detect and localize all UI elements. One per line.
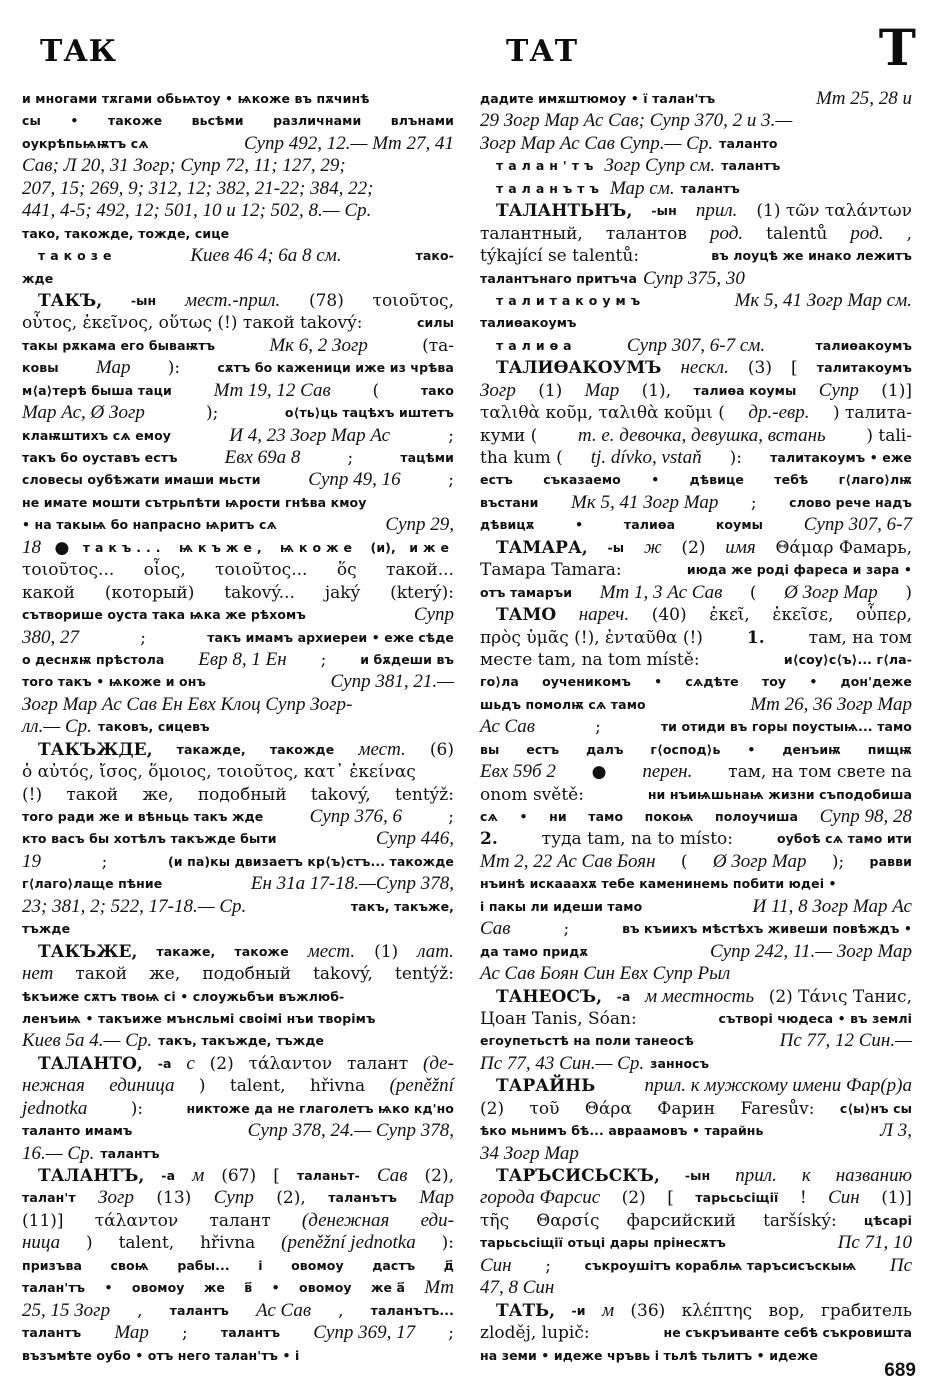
entry-headword: ТАЛАНТО, <box>38 1053 143 1075</box>
text-line: Киев 5а 4.— Ср.такъ, такъжде, тъжде <box>22 1030 454 1052</box>
italic-reference: 34 Зогр Мар <box>480 1143 579 1165</box>
ocs-citation: талантъ <box>100 1143 159 1165</box>
text-line: ТАКЪЖДЕ,такажде,такождемест.(6) <box>22 739 454 761</box>
ocs-citation: талиѳа коумы <box>693 380 796 402</box>
roman-gloss: Тамара Tamara: <box>480 559 622 581</box>
ocs-citation: съказаемо <box>543 469 621 491</box>
text-line: талиѳакоумъ <box>480 312 912 334</box>
italic-reference: Киев 46 4; 6а 8 см. <box>190 245 341 267</box>
italic-reference: мест. <box>358 739 405 761</box>
italic-reference: м <box>602 1300 614 1322</box>
ocs-citation: овомоу <box>291 1255 344 1277</box>
ocs-citation: талантъ <box>170 1300 229 1322</box>
ocs-citation: • <box>809 671 817 693</box>
text-line: о деснѫѭ прѣстолаЕвр 8, 1 Ен;и бѫдеши въ <box>22 649 454 671</box>
roman-gloss: ) <box>199 1075 206 1097</box>
italic-reference: Пс 77, 43 Син.— Ср. <box>480 1053 644 1075</box>
ocs-citation: талиѳа <box>624 514 675 536</box>
text-line: м⟨а⟩терѣ быша тациМт 19, 12 Сав(тако <box>22 380 454 402</box>
text-line: естъсъказаемо•дѣвицетебѣг⟨лаго⟩лѭ <box>480 469 912 491</box>
ocs-citation: слово рече надъ <box>789 492 912 514</box>
ocs-citation: в҃ <box>244 1277 252 1299</box>
text-line: ТАЛАНТО,-ас(2)τάλαντονталант(де- <box>22 1053 454 1075</box>
text-line: выестъдалъг⟨оспод⟩ь•денъиѭпищѭ <box>480 739 912 761</box>
italic-reference: Пс 71, 10 <box>838 1232 912 1254</box>
roman-gloss: ; <box>595 716 601 738</box>
ocs-citation: далъ <box>586 739 623 761</box>
text-line: (!)такойже,подобныйtakový,tentýž: <box>22 784 454 806</box>
text-line: таланто имамъСупр 378, 24.— Супр 378, <box>22 1120 454 1142</box>
ocs-citation: и⟨соу⟩с⟨ъ⟩... г⟨ла- <box>784 649 912 671</box>
text-line: възъмѣте оубо • отъ него талан'тъ • і <box>22 1345 454 1367</box>
roman-gloss: Θάμαρ Фамарь, <box>776 537 913 559</box>
italic-reference: нежная <box>22 1075 85 1097</box>
text-line: тарьсьсіщії отьці дары прінесѫтъПс 71, 1… <box>480 1232 912 1254</box>
text-line: Тамара Tamara:июда же роді фареса и зара… <box>480 559 912 581</box>
roman-gloss: onom světě: <box>480 784 584 806</box>
italic-reference: лат. <box>417 941 454 963</box>
roman-gloss: (который) <box>105 582 195 604</box>
roman-gloss: ! <box>800 1187 807 1209</box>
roman-gloss: τῆς <box>480 1210 509 1232</box>
italic-reference: 18 <box>22 537 41 559</box>
text-line: ТАКЪЖЕ,такаже,такожемест.(1)лат. <box>22 941 454 963</box>
italic-reference: прил. <box>735 1165 777 1187</box>
text-line: лл.— Ср.таковъ, сицевъ <box>22 716 454 738</box>
italic-reference: Мар <box>96 357 131 379</box>
italic-reference: Супр <box>819 380 859 402</box>
entry-headword: ТАЛАНТЬНЪ, <box>496 200 632 222</box>
ocs-citation: ѣко мьнимъ бѣ... авраамовъ • тарайнь <box>480 1120 764 1142</box>
ocs-citation: талитакоумъ • еже <box>770 447 912 469</box>
roman-gloss: (6) <box>430 739 454 761</box>
italic-reference: Супр 307, 6-7 <box>804 514 912 536</box>
italic-reference: нареч. <box>579 604 629 626</box>
text-line: 34 Зогр Мар <box>480 1143 912 1165</box>
roman-gloss: ; <box>140 627 146 649</box>
italic-reference: имя <box>725 537 755 559</box>
roman-gloss: τοιοῦτος, <box>373 290 454 312</box>
roman-gloss: подобный <box>202 963 291 985</box>
entry-headword: ТАМО <box>496 604 556 626</box>
roman-gloss: фарсийский <box>627 1210 736 1232</box>
italic-reference: род. <box>710 223 743 245</box>
text-line: ковыМар):сѫтъ бо каженици иже из чрѣва <box>22 357 454 379</box>
spaced-variant-form: таланътъ <box>496 178 604 200</box>
roman-gloss: ; <box>347 447 353 469</box>
roman-gloss: οὗπερ, <box>856 604 912 626</box>
text-line: дѣвицѫ•талиѳакоумыСупр 307, 6-7 <box>480 514 912 536</box>
italic-reference: (денежная <box>302 1210 389 1232</box>
roman-gloss: (1) <box>538 380 562 402</box>
ocs-citation: занносъ <box>650 1053 709 1075</box>
ocs-citation: покоѩ <box>645 806 694 828</box>
text-line: 380, 27;такъ имамъ архиереи • еже сѣде <box>22 627 454 649</box>
italic-reference: Зогр <box>98 1187 134 1209</box>
ocs-citation: таланътъ <box>328 1187 397 1209</box>
text-line: Евх 59б 2●перен.там, на том свете na <box>480 761 912 783</box>
italic-reference: jednotka <box>22 1098 87 1120</box>
roman-gloss: (11)] <box>22 1210 64 1232</box>
text-line: месте tam, na tom místě:и⟨соу⟩с⟨ъ⟩... г⟨… <box>480 649 912 671</box>
italic-reference: Мар <box>585 380 620 402</box>
italic-reference: 16.— Ср. <box>22 1143 94 1165</box>
roman-gloss: (13) <box>156 1187 191 1209</box>
italic-reference: Мар <box>114 1322 149 1344</box>
text-line: 19;(и па)кы двизаетъ кр⟨ъ⟩стъ... такожде <box>22 851 454 873</box>
text-line: týkající se talentů:въ лоуцѣ же инако ле… <box>480 245 912 267</box>
spaced-variant-form: ѩкоже <box>280 537 357 559</box>
ocs-citation: талантънаго притъча <box>480 268 637 290</box>
roman-gloss: ( <box>681 851 688 873</box>
ocs-citation: г⟨лаго⟩лаще пѣние <box>22 873 162 895</box>
text-line: да тамо придѫСупр 242, 11.— Зогр Мар <box>480 941 912 963</box>
text-line: неттакойже,подобныйtakový,tentýž: <box>22 963 454 985</box>
spaced-variant-form: иже <box>409 537 454 559</box>
roman-gloss: ) <box>86 1232 93 1254</box>
entry-headword: ТАЛИѲАКОУМЪ <box>496 357 661 379</box>
italic-reference: Супр 98, 28 <box>820 806 912 828</box>
italic-reference: 441, 4-5; 492, 12; 501, 10 и 12; 502, 8.… <box>22 200 371 222</box>
roman-gloss: τοῦ <box>530 1098 560 1120</box>
text-line: не имате мошти сътрьпѣти ѩрости гнѣва км… <box>22 492 454 514</box>
text-line: Зогр(1)Мар(1),талиѳа коумыСупр(1)] <box>480 380 912 402</box>
italic-reference: Л 3, <box>880 1120 912 1142</box>
text-line: ленъиѩ • такъиже мънсльмі своімі нъи тво… <box>22 1008 454 1030</box>
italic-reference: Зогр Мар Ас Сав Супр.— Ср. <box>480 133 713 155</box>
roman-gloss: hřivna <box>200 1232 255 1254</box>
roman-gloss: ): <box>730 447 742 469</box>
ocs-citation: талитакоумъ <box>817 357 912 379</box>
ocs-citation: (и), <box>371 537 396 559</box>
text-line: куми (т. е. девочка, девушка, встань) ta… <box>480 425 912 447</box>
text-line: ѣкъиже сѫтъ твоѩ сі • слоужьбъи въжлюб- <box>22 986 454 1008</box>
roman-gloss: ); <box>832 851 844 873</box>
ocs-citation: талантъ <box>721 155 780 177</box>
ocs-citation: • <box>654 671 662 693</box>
text-line: такозеКиев 46 4; 6а 8 см.тако- <box>22 245 454 267</box>
roman-gloss: taršíský: <box>763 1210 837 1232</box>
italic-reference: лл.— Ср. <box>22 716 92 738</box>
text-line: талантный,талантоврод.talentůрод., <box>480 223 912 245</box>
roman-gloss: (2), <box>276 1187 305 1209</box>
text-line: талантъМар;талантъСупр 369, 17; <box>22 1322 454 1344</box>
italic-reference: т. е. девочка, девушка, встань <box>578 425 826 447</box>
roman-gloss: ): <box>168 357 180 379</box>
text-line: ТАМАРА,-ыж(2)имяΘάμαρ Фамарь, <box>480 537 912 559</box>
ocs-citation: ковы <box>22 357 59 379</box>
roman-gloss: , <box>137 1300 142 1322</box>
ocs-citation: ни нъиѩшьнаѩ жизни съподобиша <box>648 784 912 806</box>
italic-reference: названию <box>836 1165 912 1187</box>
ocs-citation: тебѣ <box>774 469 808 491</box>
italic-reference: Мт 25, 28 и <box>816 88 912 110</box>
ocs-citation: сѧдѣте <box>685 671 738 693</box>
italic-reference: Ø Зогр Мар <box>713 851 807 873</box>
italic-reference: Зогр Супр см. <box>604 155 715 177</box>
ocs-citation: же <box>204 1277 225 1299</box>
italic-reference: Супр 376, 6 <box>310 806 402 828</box>
text-line: г⟨лаго⟩лаще пѣниеЕн 31а 17-18.—Супр 378, <box>22 873 454 895</box>
entry-headword: ТАЛАНТЪ, <box>38 1165 144 1187</box>
ocs-citation: дон'деже <box>841 671 912 693</box>
italic-reference: Мк 5, 41 Зогр Мар <box>571 492 718 514</box>
text-line: 441, 4-5; 492, 12; 501, 10 и 12; 502, 8.… <box>22 200 454 222</box>
text-line: Ас Сав Боян Син Евх Супр Рыл <box>480 963 912 985</box>
text-line: города Фарсис(2)[тарьсьсіщії!Син(1)] <box>480 1187 912 1209</box>
roman-gloss: ; <box>321 649 327 671</box>
roman-gloss: такой... <box>386 559 454 581</box>
italic-reference: Сав; Л 20, 31 Зогр; Супр 72, 11; 127, 29… <box>22 155 346 177</box>
ocs-citation: июда же роді фареса и зара • <box>687 559 912 581</box>
text-line: жде <box>22 268 454 290</box>
roman-gloss: талант <box>347 1053 408 1075</box>
text-line: ница)talent,hřivna(peněžní jednotka): <box>22 1232 454 1254</box>
text-line: 2.туда tam, na to místo:оубоѣ сѧ тамо ит… <box>480 828 912 850</box>
entry-headword: ТАРАЙНЬ <box>496 1075 595 1097</box>
italic-reference: прил. <box>696 200 738 222</box>
ocs-citation: полоучиша <box>715 806 798 828</box>
ocs-citation: влънами <box>391 110 454 132</box>
italic-reference: Син <box>828 1187 860 1209</box>
text-line: ТАКЪ,-ынмест.-прил.(78)τοιοῦτος, <box>22 290 454 312</box>
ocs-citation: на земи • идеже чръвь і тьлѣ тьлитъ • ид… <box>480 1345 818 1367</box>
italic-reference: Мар Ас, Ø Зогр <box>22 402 145 424</box>
text-line: призъвасвоѩрабы...іовомоудастъд҃ <box>22 1255 454 1277</box>
roman-gloss: talent, <box>119 1232 175 1254</box>
ocs-citation: силы <box>417 312 454 334</box>
roman-gloss: какой <box>22 582 75 604</box>
ocs-citation: тоу <box>762 671 786 693</box>
text-line: сы•такожевьсѣмиразличнамивлънами <box>22 110 454 132</box>
ocs-citation: -ы <box>607 537 624 559</box>
text-line: ТАТЬ,-им(36)κλέπτηςвор,грабитель <box>480 1300 912 1322</box>
roman-gloss: вор, <box>769 1300 805 1322</box>
italic-reference: род. <box>850 223 883 245</box>
roman-gloss: месте tam, na tom místě: <box>480 649 700 671</box>
ocs-citation: г⟨оспод⟩ь <box>650 739 720 761</box>
italic-reference: Супр 375, 30 <box>643 268 745 290</box>
ocs-citation: о деснѫѭ прѣстола <box>22 649 164 671</box>
italic-reference: Евр 8, 1 Ен <box>198 649 286 671</box>
italic-reference: (де- <box>423 1053 454 1075</box>
italic-reference: Супр 446, <box>376 828 454 850</box>
italic-reference: ница <box>22 1232 60 1254</box>
ocs-citation: овомоу <box>132 1277 185 1299</box>
text-line: ТАЛИѲАКОУМЪнескл.(3)[талитакоумъ <box>480 357 912 379</box>
roman-gloss: ὅς <box>337 559 357 581</box>
ocs-citation: того такъ • ѩкоже и онъ <box>22 671 206 693</box>
ocs-citation: клаѭштихъ сѧ емоу <box>22 425 171 447</box>
ocs-citation: такоже <box>108 110 162 132</box>
roman-gloss: ) <box>905 582 912 604</box>
roman-gloss: tha kum ( <box>480 447 563 469</box>
roman-gloss: там, на том <box>809 627 912 649</box>
ocs-citation: никтоже да не глаголетъ ѩко кд'но <box>186 1098 454 1120</box>
ocs-citation: рабы... <box>177 1255 229 1277</box>
roman-gloss: (2) <box>480 1098 504 1120</box>
roman-gloss: ); <box>206 402 224 424</box>
spaced-variant-form: ѩкъже, <box>179 537 267 559</box>
roman-gloss: (1)] <box>881 1187 912 1209</box>
ocs-citation: вьсѣми <box>192 110 244 132</box>
roman-gloss: οἷος, <box>144 559 186 581</box>
ocs-citation: • на такыѩ бо напрасно ѩритъ сѧ <box>22 514 277 536</box>
text-line: tha kum (tj. dívko, vstaň):талитакоумъ •… <box>480 447 912 469</box>
italic-reference: Мт 1, 3 Ас Сав <box>600 582 723 604</box>
text-line: дадите имѫштюмоу • ї талан'тъМт 25, 28 и <box>480 88 912 110</box>
text-line: 29 Зогр Мар Ас Сав; Супр 370, 2 и 3.— <box>480 110 912 132</box>
spaced-variant-form: талан'тъ <box>496 155 598 177</box>
text-line: onom světě:ни нъиѩшьнаѩ жизни съподобиша <box>480 784 912 806</box>
roman-gloss: (!) <box>22 784 42 806</box>
text-line: ТАЛАНТЪ,-ам(67)[таланьт-Сав(2), <box>22 1165 454 1187</box>
ocs-citation: і <box>258 1255 262 1277</box>
italic-reference: 25, 15 Зогр <box>22 1300 110 1322</box>
text-line: і пакы ли идеши тамоИ 11, 8 Зогр Мар Ас <box>480 896 912 918</box>
ocs-citation: таланьт- <box>297 1165 360 1187</box>
roman-gloss: ἐκεῖσε, <box>772 604 833 626</box>
ocs-citation: -ын <box>651 200 676 222</box>
roman-gloss: (2) Τάνις Танис, <box>769 986 912 1008</box>
italic-reference: к <box>802 1165 811 1187</box>
roman-gloss: τάλαντον <box>95 1210 178 1232</box>
ocs-citation: пищѭ <box>868 739 912 761</box>
roman-gloss: такой <box>75 963 127 985</box>
roman-gloss: takový, <box>313 963 373 985</box>
roman-gloss: талант <box>209 1210 270 1232</box>
ocs-citation: го⟩ла <box>480 671 519 693</box>
roman-gloss: ; <box>751 492 757 514</box>
text-line: талантънаго притъчаСупр 375, 30 <box>480 268 912 290</box>
roman-gloss: Цоан Tanis, Sóan: <box>480 1008 637 1030</box>
text-line: τῆςΘαρσίςфарсийскийtaršíský:цѣсарі <box>480 1210 912 1232</box>
text-line: Сав; Л 20, 31 Зогр; Супр 72, 11; 127, 29… <box>22 155 454 177</box>
ocs-citation: такожде <box>270 739 334 761</box>
roman-gloss: (1) τῶν ταλάντων <box>756 200 912 222</box>
text-line: ὁ αὐτός, ἴσος, ὅμοιος, τοιοῦτος, κατ᾽ ἐκ… <box>22 761 454 783</box>
ocs-citation: такы рѫкама его бываѭтъ <box>22 335 215 357</box>
italic-reference: 19 <box>22 851 41 873</box>
roman-gloss: грабитель <box>821 1300 912 1322</box>
ocs-citation: сѧ <box>480 806 498 828</box>
italic-reference: Супр <box>214 1187 254 1209</box>
ocs-citation: своѩ <box>111 1255 149 1277</box>
italic-reference: Син <box>480 1255 512 1277</box>
entry-headword: ТАНЕОСЪ, <box>496 986 602 1008</box>
italic-reference: 29 Зогр Мар Ас Сав; Супр 370, 2 и 3.— <box>480 110 792 132</box>
ocs-citation: с⟨ы⟩нъ сы <box>840 1098 912 1120</box>
italic-reference: 47, 8 Син <box>480 1277 554 1299</box>
ocs-citation: такъ, такъжде, тъжде <box>158 1030 324 1052</box>
right-column: дадите имѫштюмоу • ї талан'тъМт 25, 28 и… <box>480 88 912 1367</box>
italic-reference: Ен 31а 17-18.—Супр 378, <box>251 873 454 895</box>
ocs-citation: оубоѣ сѧ тамо ити <box>777 828 912 850</box>
italic-reference: Мк 6, 2 Зогр <box>269 335 368 357</box>
ocs-citation: и многами тѫгами обьѩтоу • ѩкоже въ пѫчи… <box>22 88 370 110</box>
ocs-citation: • <box>70 110 78 132</box>
ocs-citation: призъва <box>22 1255 82 1277</box>
roman-gloss: куми ( <box>480 425 537 447</box>
ocs-citation: отъ тамаръи <box>480 582 572 604</box>
ocs-citation: дѣвице <box>690 469 744 491</box>
italic-reference: единица <box>109 1075 174 1097</box>
text-line: 23; 381, 2; 522, 17-18.— Ср.такъ, такъже… <box>22 896 454 918</box>
roman-gloss: (1) <box>374 941 398 963</box>
text-line: того такъ • ѩкоже и онъСупр 381, 21.— <box>22 671 454 693</box>
text-line: ТАМОнареч.(40)ἐκεῖ,ἐκεῖσε,οὗπερ, <box>480 604 912 626</box>
roman-gloss: ( <box>372 380 379 402</box>
roman-gloss: talent, <box>230 1075 286 1097</box>
roman-gloss: (3) <box>748 357 772 379</box>
ocs-citation: • <box>575 514 583 536</box>
ocs-citation: талантъ <box>22 1322 81 1344</box>
roman-gloss: подобный <box>198 784 287 806</box>
entry-headword: ТАРЪСИСЬСКЪ, <box>496 1165 660 1187</box>
roman-gloss: takový... <box>224 582 295 604</box>
italic-reference: Сав <box>480 918 511 940</box>
text-line: 207, 15; 269, 9; 312, 12; 382, 21-22; 38… <box>22 178 454 200</box>
ocs-citation: сътворише оуста така ѩка же рѣхомъ <box>22 604 306 626</box>
italic-reference: ж <box>644 537 662 559</box>
italic-reference: Мар см. <box>610 178 675 200</box>
running-head-center: ТАТ <box>506 34 578 69</box>
ocs-citation: ти отиди въ горы поустыѩ... тамо <box>661 716 912 738</box>
italic-reference: Пс 77, 12 Син.— <box>780 1030 912 1052</box>
ocs-citation: такоже <box>234 941 288 963</box>
roman-gloss: (36) <box>630 1300 665 1322</box>
italic-reference: (peněžní <box>390 1075 454 1097</box>
ocs-citation: • <box>272 1277 280 1299</box>
ocs-citation: да тамо придѫ <box>480 941 588 963</box>
ocs-citation: • <box>520 806 528 828</box>
roman-gloss: (та- <box>422 335 454 357</box>
italic-reference: Супр 369, 17 <box>313 1322 415 1344</box>
roman-gloss: ): <box>442 1232 454 1254</box>
text-line: и многами тѫгами обьѩтоу • ѩкоже въ пѫчи… <box>22 88 454 110</box>
italic-reference: Ас Сав <box>480 716 535 738</box>
roman-gloss: týkající se talentů: <box>480 245 639 267</box>
text-line: Син;съкроушітъ кораблѩ таръсисъскыѩПс <box>480 1255 912 1277</box>
text-line: 25, 15 Зогр,талантъАс Сав,таланътъ... <box>22 1300 454 1322</box>
text-line: нъинѣ искааахѫ тебе каменинемь побити юд… <box>480 873 912 895</box>
text-line: Ас Сав;ти отиди въ горы поустыѩ... тамо <box>480 716 912 738</box>
text-line: (2)τοῦΘάραФаринFaresův:с⟨ы⟩нъ сы <box>480 1098 912 1120</box>
italic-reference: Ас Сав Боян Син Евх Супр Рыл <box>480 963 730 985</box>
roman-gloss: ): <box>131 1098 143 1120</box>
italic-reference: tj. dívko, vstaň <box>591 447 702 469</box>
italic-reference: прил. к мужскому имени Фар(р)а <box>644 1075 912 1097</box>
ocs-citation: сѫтъ бо каженици иже из чрѣва <box>217 357 454 379</box>
ocs-citation: сътворі чюдеса • въ землі <box>718 1008 912 1030</box>
text-line: ТАНЕОСЪ,-ам местность(2) Τάνις Танис, <box>480 986 912 1008</box>
ocs-citation: овомоу <box>299 1277 352 1299</box>
text-line: кто васъ бы хотѣлъ такъжде бытиСупр 446, <box>22 828 454 850</box>
ocs-citation: съкроушітъ кораблѩ таръсисъскыѩ <box>585 1255 857 1277</box>
ocs-citation: тако, такожде, тожде, сице <box>22 223 229 245</box>
italic-reference: нет <box>22 963 53 985</box>
text-line: ταλιθὰ κοῦμ, ταλιθὰ κοῦμι (др.-евр.) тал… <box>480 402 912 424</box>
entry-headword: ТАМАРА, <box>496 537 588 559</box>
ocs-citation: талантъ <box>681 178 740 200</box>
text-line: Пс 77, 43 Син.— Ср.занносъ <box>480 1053 912 1075</box>
italic-reference: Ø Зогр Мар <box>784 582 878 604</box>
roman-gloss: πρὸς ὑμᾶς (!), ἐνταῦθα (!) <box>480 627 703 649</box>
left-column: и многами тѫгами обьѩтоу • ѩкоже въ пѫчи… <box>22 88 454 1367</box>
ocs-citation: ленъиѩ • такъиже мънсльмі своімі нъи тво… <box>22 1008 375 1030</box>
roman-gloss: ) талита- <box>833 402 912 424</box>
roman-gloss: (2), <box>425 1165 454 1187</box>
